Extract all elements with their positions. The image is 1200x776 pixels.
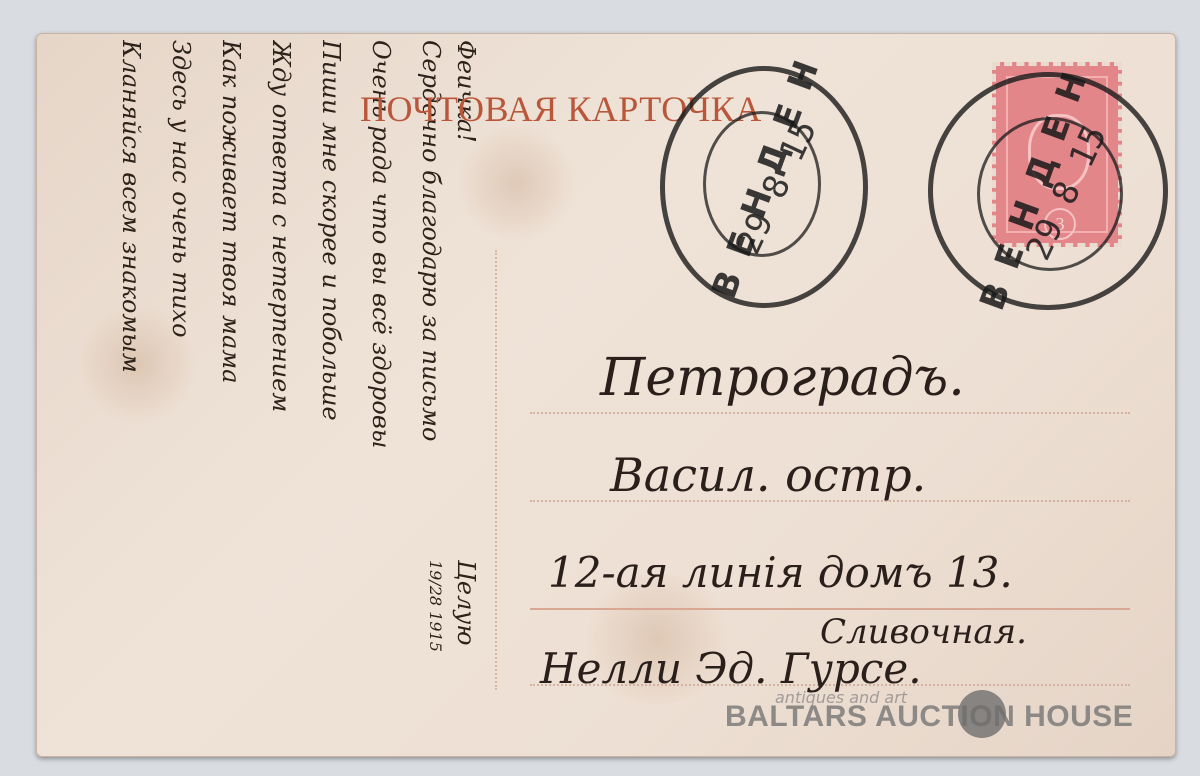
message-line: Кланяйся всем знакомым — [117, 40, 145, 373]
address-district: Васил. остр. — [610, 448, 926, 502]
postmark: ВЕНДЕН 29 8 15 — [660, 66, 868, 308]
message-line: Пиши мне скорее и побольше — [317, 40, 345, 421]
message-area: Феичка! Сердечно благодарю за письмо Оче… — [50, 40, 490, 740]
address-city: Петроградъ. — [600, 348, 965, 408]
message-signature: Целую — [452, 560, 480, 645]
postmark: ВЕНДЕН 29 8 15 — [928, 72, 1168, 310]
address-street: 12-ая линія домъ 13. — [548, 548, 1013, 597]
divider-line — [495, 250, 497, 690]
message-date: 19/28 1915 — [426, 560, 445, 652]
message-line: Здесь у нас очень тихо — [167, 40, 195, 338]
address-line — [530, 412, 1130, 414]
address-recipient: Нелли Эд. Гурсе. — [540, 644, 922, 693]
message-line: Как поживает твоя мама — [217, 40, 245, 383]
message-line: Жду ответа с нетерпением — [267, 40, 295, 412]
address-line — [530, 608, 1130, 610]
watermark-brand: BALTARS AUCTION HOUSE — [725, 700, 1133, 734]
